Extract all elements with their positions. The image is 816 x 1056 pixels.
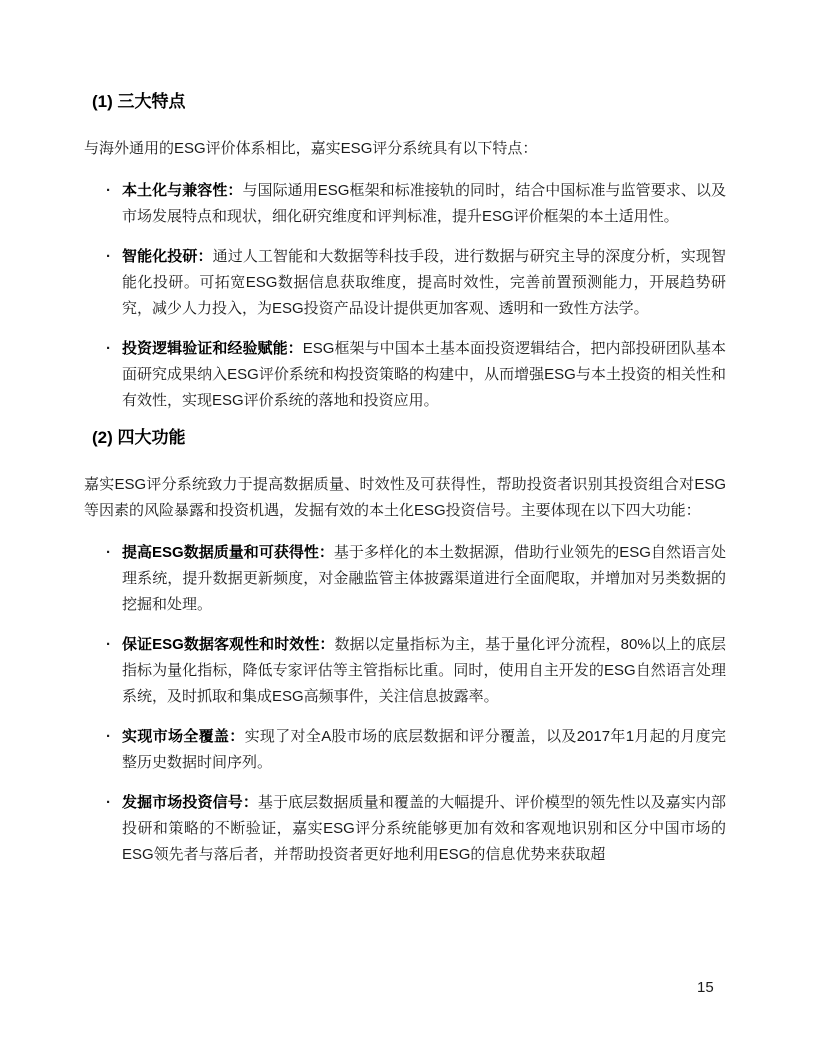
section-heading: (2) 四大功能	[92, 428, 726, 448]
list-item: 智能化投研：通过人工智能和大数据等科技手段，进行数据与研究主导的深度分析，实现智…	[84, 244, 726, 322]
bullet-lead: 提高ESG数据质量和可获得性：	[122, 544, 334, 561]
section-four-functions: (2) 四大功能 嘉实ESG评分系统致力于提高数据质量、时效性及可获得性，帮助投…	[84, 428, 726, 868]
bullet-list: 本土化与兼容性：与国际通用ESG框架和标准接轨的同时，结合中国标准与监管要求、以…	[84, 178, 726, 414]
bullet-list: 提高ESG数据质量和可获得性：基于多样化的本土数据源，借助行业领先的ESG自然语…	[84, 540, 726, 868]
section-three-features: (1) 三大特点 与海外通用的ESG评价体系相比，嘉实ESG评分系统具有以下特点…	[84, 92, 726, 414]
list-item: 提高ESG数据质量和可获得性：基于多样化的本土数据源，借助行业领先的ESG自然语…	[84, 540, 726, 618]
document-page: (1) 三大特点 与海外通用的ESG评价体系相比，嘉实ESG评分系统具有以下特点…	[0, 0, 816, 1056]
section-intro: 与海外通用的ESG评价体系相比，嘉实ESG评分系统具有以下特点：	[84, 136, 726, 162]
bullet-text: 通过人工智能和大数据等科技手段，进行数据与研究主导的深度分析，实现智能化投研。可…	[122, 248, 726, 317]
list-item: 本土化与兼容性：与国际通用ESG框架和标准接轨的同时，结合中国标准与监管要求、以…	[84, 178, 726, 230]
list-item: 发掘市场投资信号：基于底层数据质量和覆盖的大幅提升、评价模型的领先性以及嘉实内部…	[84, 790, 726, 868]
section-heading: (1) 三大特点	[92, 92, 726, 112]
bullet-lead: 本土化与兼容性：	[122, 182, 242, 199]
list-item: 实现市场全覆盖：实现了对全A股市场的底层数据和评分覆盖，以及2017年1月起的月…	[84, 724, 726, 776]
page-content: (1) 三大特点 与海外通用的ESG评价体系相比，嘉实ESG评分系统具有以下特点…	[84, 92, 726, 882]
page-number: 15	[697, 978, 714, 998]
list-item: 保证ESG数据客观性和时效性：数据以定量指标为主，基于量化评分流程，80%以上的…	[84, 632, 726, 710]
section-intro: 嘉实ESG评分系统致力于提高数据质量、时效性及可获得性，帮助投资者识别其投资组合…	[84, 472, 726, 524]
bullet-lead: 投资逻辑验证和经验赋能：	[122, 340, 303, 357]
bullet-lead: 发掘市场投资信号：	[122, 794, 258, 811]
bullet-lead: 实现市场全覆盖：	[122, 728, 245, 745]
bullet-lead: 智能化投研：	[122, 248, 213, 265]
list-item: 投资逻辑验证和经验赋能：ESG框架与中国本土基本面投资逻辑结合，把内部投研团队基…	[84, 336, 726, 414]
bullet-lead: 保证ESG数据客观性和时效性：	[122, 636, 334, 653]
